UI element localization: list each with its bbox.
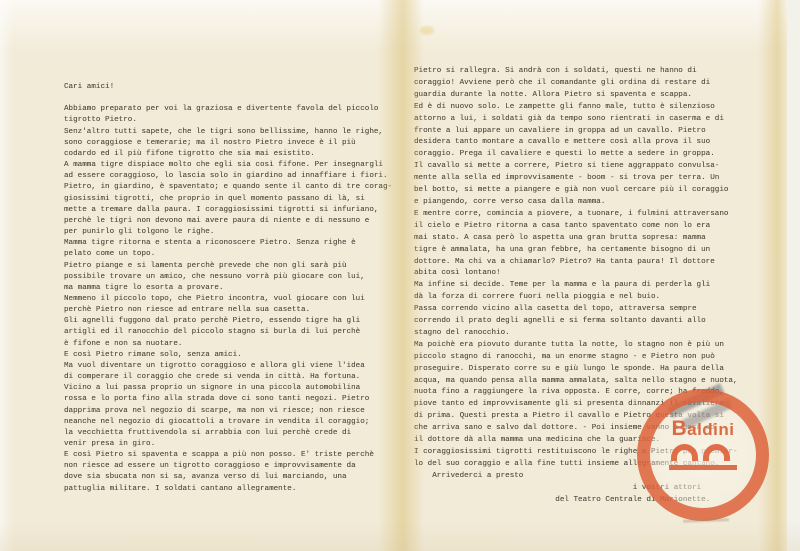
text-line: possibile trovare un amico, che nessuno … (64, 272, 400, 283)
paper-left-highlight (0, 0, 14, 551)
text-line: correndo il prato degli agnelli e si fer… (414, 316, 764, 328)
text-line: Cari amici! (64, 82, 400, 93)
page-fold-crease (378, 0, 424, 551)
text-line: è fifone e non sa nuotare. (64, 339, 400, 350)
text-line: E così Pietro si spaventa e scappa a più… (64, 450, 400, 461)
text-line: di comperare il coraggio che crede si ve… (64, 372, 400, 383)
text-line: per punirlo gli tolgono le righe. (64, 227, 400, 238)
text-line: dà la forza di correre fuori nella piogg… (414, 292, 764, 304)
text-line: piccolo stagno di ranocchi, ma un enorme… (414, 352, 764, 364)
text-line: dottore. Ma chi va a chiamarlo? Pietro? … (414, 257, 764, 269)
scanned-letter-spread: Cari amici! Abbiamo preparato per voi la… (0, 0, 800, 551)
text-line: perchè le tigri non devono mai avere pau… (64, 216, 400, 227)
text-line: ad essere coraggioso, lo lascia solo in … (64, 171, 400, 182)
text-line: codardo ed il più fifone tigrotto che si… (64, 149, 400, 160)
baldini-stamp: Baldini (629, 381, 777, 529)
text-line: Ma poichè era piovuto durante tutta la n… (414, 340, 764, 352)
text-line: tigre è ammalata, ha una gran febbre, ha… (414, 245, 764, 257)
text-line: pattuglia militare. I soldati cantano al… (64, 484, 400, 495)
text-line: tigrotto Pietro. (64, 115, 400, 126)
open-book-icon (669, 444, 737, 471)
text-line: perchè Pietro non riesce ad entrare nell… (64, 305, 400, 316)
text-line: sono coraggiose e temerarie; ma il nostr… (64, 138, 400, 149)
text-line: pelato come un topo. (64, 249, 400, 260)
text-line: E mentre corre, comincia a piovere, a tu… (414, 209, 764, 221)
text-line: Pietro si rallegra. Si andrà con i solda… (414, 66, 764, 78)
text-line: dapprima prova nel negozio di scarpe, ma… (64, 406, 400, 417)
text-line: mai stato. A casa però lo aspetta una gr… (414, 233, 764, 245)
text-line: Pietro, in giardino, è spaventato; e qua… (64, 182, 400, 193)
text-line: rossa e lo porta fino alla strada dove c… (64, 394, 400, 405)
text-line: coraggio. Prega il cavaliere e questi lo… (414, 149, 764, 161)
text-line: Ma vuol diventare un tigrotto coraggioso… (64, 361, 400, 372)
text-line: Passa correndo vicino alla casetta del t… (414, 304, 764, 316)
text-line: dove sia sbucata non si sa, avanza verso… (64, 472, 400, 483)
text-line: mette a tremare dalla paura. I coraggios… (64, 205, 400, 216)
text-line: coraggio! Avviene però che il comandante… (414, 78, 764, 90)
text-line: Gli agnelli fuggono dal prato perchè Pie… (64, 316, 400, 327)
text-line: proseguire. Disperato corre su e giù lun… (414, 364, 764, 376)
text-line: ma mamma tigre lo esorta a provare. (64, 283, 400, 294)
text-line: A mamma tigre dispiace molto che egli si… (64, 160, 400, 171)
text-line: giosissimi tigrotti, che proprio in quel… (64, 194, 400, 205)
text-line: Abbiamo preparato per voi la graziosa e … (64, 104, 400, 115)
text-line: e piangendo, corre verso casa dalla mamm… (414, 197, 764, 209)
text-line: guardia durante la notte. Allora Pietro … (414, 90, 764, 102)
text-line: Pietro piange e si lamenta perchè preved… (64, 261, 400, 272)
text-line: la vecchietta fruttivendola si arrabbia … (64, 428, 400, 439)
text-line: Mamma tigre ritorna e stenta a riconosce… (64, 238, 400, 249)
text-line: stagno del ranocchio. (414, 328, 764, 340)
text-line: artigli ed il ranocchio del piccolo stag… (64, 327, 400, 338)
text-line: Il cavallo si mette a correre, Pietro si… (414, 161, 764, 173)
text-line: Nemmeno il piccolo topo, che Pietro inco… (64, 294, 400, 305)
text-line: E così Pietro rimane solo, senza amici. (64, 350, 400, 361)
text-line: non riesce ad essere un tigrotto coraggi… (64, 461, 400, 472)
text-line: Ed è di nuovo solo. Le zampette gli fann… (414, 102, 764, 114)
text-line: abita così lontano! (414, 268, 764, 280)
text-line: Vicino a lui passa proprio un signore in… (64, 383, 400, 394)
paper-right-edge (787, 0, 800, 551)
text-line: fronte a lui appare un cavaliere in grop… (414, 126, 764, 138)
text-line: attorno a lui, i soldati già da tempo so… (414, 114, 764, 126)
text-line: mente alla sella ed improvvisamente - bo… (414, 173, 764, 185)
text-line: il cielo e Pietro ritorna a casa tanto s… (414, 221, 764, 233)
stamp-publisher-name: Baldini (629, 420, 777, 439)
text-line: neanche nel negozio di giocattoli a trov… (64, 417, 400, 428)
text-line (64, 93, 400, 104)
letter-page-left: Cari amici! Abbiamo preparato per voi la… (64, 82, 400, 495)
text-line: bel botto, si mette a piangere e già non… (414, 185, 764, 197)
text-line: Senz'altro tutti sapete, che le tigri so… (64, 127, 400, 138)
text-line: venir presa in giro. (64, 439, 400, 450)
text-line: Ma infine si decide. Teme per la mamma e… (414, 280, 764, 292)
text-line: desidera tanto montare a cavallo e mette… (414, 137, 764, 149)
